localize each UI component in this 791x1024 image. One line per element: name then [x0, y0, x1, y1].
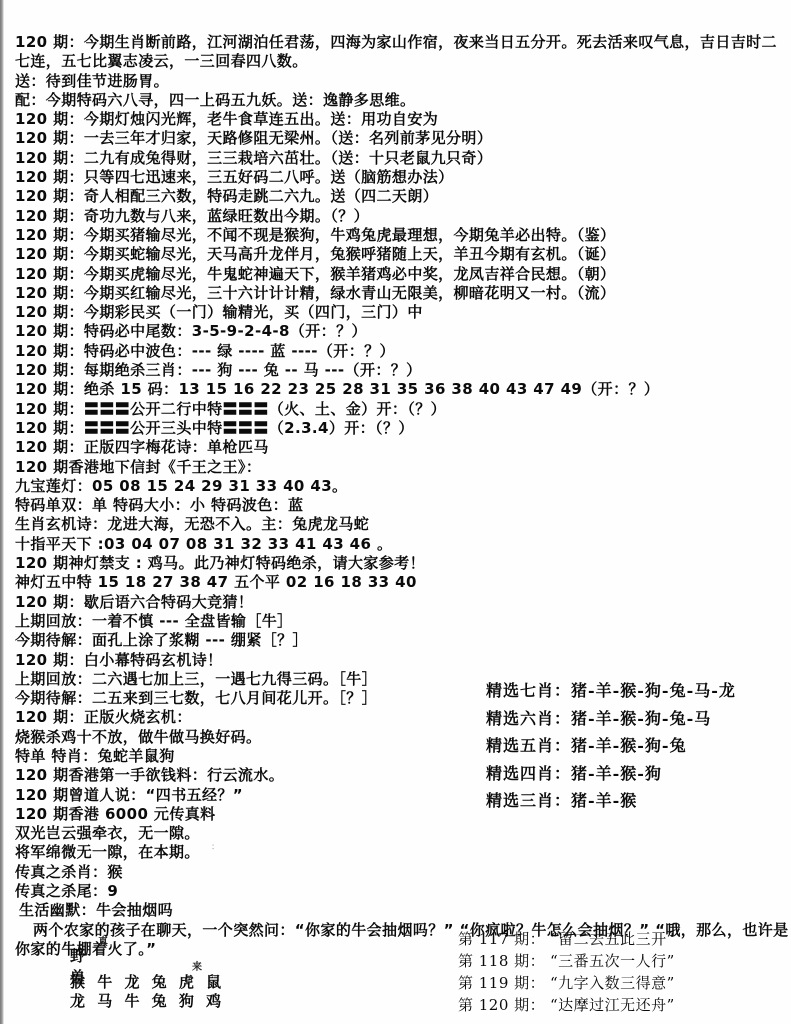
text-line: 120 期：歇后语六合特码大竞猜！ [15, 593, 790, 612]
past-issues-panel: 第 117 期： “留二去五此三开” 第 118 期： “三番五次一人行” 第 … [458, 928, 675, 1016]
text-line: 120 期：只等四七迅速来，三五好码二八呼。送（脑筋想办法） [15, 168, 790, 187]
text-line: 120 期：奇人相配三六数，特码走跳二六九。送（四二天朗） [15, 187, 790, 206]
text-line: 120 期：〓〓〓公开二行中特〓〓〓（火、土、金）开：（？） [15, 400, 790, 419]
beast-row: 猴 牛 龙 兔 虎 鼠 [70, 971, 222, 992]
text-line: 120 期：二九有成兔得财，三三栽培六茁壮。（送：十只老鼠九只奇） [15, 149, 790, 168]
text-line: 送：待到佳节进肠胃。 [15, 72, 790, 91]
text-line: 120 期：今期买虎输尽光，牛鬼蛇神遍天下，猴羊猪鸡必中奖，龙凤吉祥合民想。（朝… [15, 265, 790, 284]
selection-line-7: 精选七肖：猪-羊-猴-狗-兔-马-龙 [486, 677, 736, 705]
selection-line-6: 精选六肖：猪-羊-猴-狗-兔-马 [486, 705, 736, 733]
text-line: 十指平天下 :03 04 07 08 31 32 33 41 43 46 。 [15, 535, 790, 554]
small-mark-true: 真 [98, 933, 108, 948]
text-line: 120 期：正版四字梅花诗：单枪匹马 [15, 438, 790, 457]
text-line: 将军绵微无一隙，在本期。 [15, 843, 790, 862]
text-line: 120 期：今期生肖断前路，江河湖泊任君荡，四海为家山作宿，夜来当日五分开。死去… [15, 33, 790, 52]
text-line: 120 期神灯禁支 : 鸡马。此乃神灯特码绝杀，请大家参考！ [15, 554, 790, 573]
text-line: 配：今期特码六八寻，四一上码五九妖。送：逸静多思维。 [15, 91, 790, 110]
issue-text: “留二去五此三开” [550, 928, 675, 950]
text-line: 生肖玄机诗：龙进大海，无恐不入。主：兔虎龙马蛇 [15, 515, 790, 534]
text-line: 120 期：奇功九数与八来，蓝绿旺数出今期。（？） [15, 207, 790, 226]
issue-row: 第 120 期： “达摩过江无还舟” [458, 994, 675, 1016]
text-line: 传真之杀尾：9 [15, 882, 790, 901]
text-line: 120 期：每期绝杀三肖：--- 狗 --- 兔 -- 马 ---（开：？） [15, 361, 790, 380]
selection-line-3: 精选三肖：猪-羊-猴 [486, 787, 736, 815]
issue-number: 第 118 期： [458, 950, 550, 972]
text-line: 120 期：白小幕特码玄机诗！ [15, 651, 790, 670]
text-line: 120 期：今期买蛇输尽光，天马高升龙伴月，兔猴呼猪随上天，羊丑今期有玄机。（诞… [15, 245, 790, 264]
text-line: 120 期：特码必中波色：--- 绿 ---- 蓝 ----（开：？） [15, 342, 790, 361]
main-text-column: 120 期：今期生肖断前路，江河湖泊任君荡，四海为家山作宿，夜来当日五分开。死去… [15, 33, 790, 959]
issue-number: 第 117 期： [458, 928, 550, 950]
scanned-lottery-sheet: 120 期：今期生肖断前路，江河湖泊任君荡，四海为家山作宿，夜来当日五分开。死去… [0, 0, 791, 1024]
scan-edge-shadow [0, 0, 4, 1024]
beast-row: 龙 马 牛 兔 狗 鸡 [70, 990, 222, 1011]
text-line: 120 期：今期买猪输尽光，不闻不现是猴狗，牛鸡兔虎最理想，今期兔羊必出特。（鉴… [15, 226, 790, 245]
text-line: 120 期：特码必中尾数：3-5-9-2-4-8（开：？） [15, 322, 790, 341]
text-line: 上期回放：一着不慎 --- 全盘皆输［牛］ [15, 612, 790, 631]
text-line: 传真之杀肖：猴 [15, 863, 790, 882]
text-line: 今期待解：面孔上涂了浆糊 --- 绷紧［？］ [15, 631, 790, 650]
issue-number: 第 120 期： [458, 994, 550, 1016]
text-line: 九宝莲灯：05 08 15 24 29 31 33 40 43。 [15, 477, 790, 496]
scan-artifact: ∶ [212, 843, 214, 853]
issue-row: 第 119 期： “九字入数三得意” [458, 972, 675, 994]
selection-line-5: 精选五肖：猪-羊-猴-狗-兔 [486, 732, 736, 760]
issue-text: “九字入数三得意” [550, 972, 675, 994]
text-line: 特码单双：单 特码大小：小 特码波色：蓝 [15, 496, 790, 515]
issue-row: 第 118 期： “三番五次一人行” [458, 950, 675, 972]
text-line-humor-title: 生活幽默：牛会抽烟吗 [15, 901, 790, 920]
text-line: 120 期：一去三年才归家，天路修阻无梁州。（送：名列前茅见分明） [15, 129, 790, 148]
text-line: 120 期香港地下信封《千王之王》： [15, 458, 790, 477]
selected-zodiac-panel: 精选七肖：猪-羊-猴-狗-兔-马-龙 精选六肖：猪-羊-猴-狗-兔-马 精选五肖… [486, 677, 736, 815]
text-line: 120 期：〓〓〓公开三头中特〓〓〓（2.3.4）开：（？） [15, 419, 790, 438]
issue-text: “三番五次一人行” [550, 950, 675, 972]
selection-line-4: 精选四肖：猪-羊-猴-狗 [486, 760, 736, 788]
text-line: 120 期：绝杀 15 码：13 15 16 22 23 25 28 31 35… [15, 380, 790, 399]
issue-number: 第 119 期： [458, 972, 550, 994]
text-line: 120 期：今期买红输尽光，三十六计计计精，绿水青山无限美，柳暗花明又一村。（流… [15, 284, 790, 303]
issue-row: 第 117 期： “留二去五此三开” [458, 928, 675, 950]
issue-text: “达摩过江无还舟” [550, 994, 675, 1016]
text-line: 双光岂云强牵衣，无一隙。 [15, 824, 790, 843]
text-line: 神灯五中特 15 18 27 38 47 五个平 02 16 18 33 40 [15, 573, 790, 592]
text-line: 120 期：今期彩民买（一门）输精光，买（四门，三门）中 [15, 303, 790, 322]
text-line: 七连，五七比翼志凌云，一三回春四八数。 [15, 52, 790, 71]
text-line: 120 期：今期灯烛闪光辉，老牛食草连五出。送：用功自安为 [15, 110, 790, 129]
